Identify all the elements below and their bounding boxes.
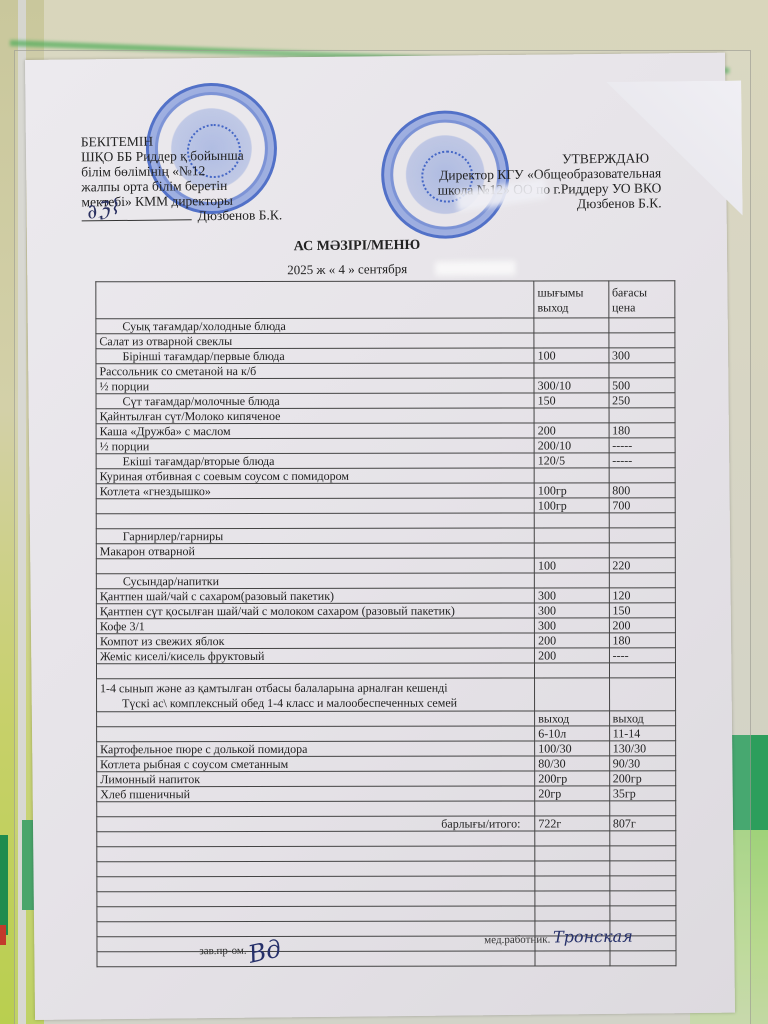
table-row: ½ порции200/10-----: [96, 438, 675, 454]
header-label: шығымы: [537, 285, 583, 299]
section-row: Екіші тағамдар/вторые блюда120/5-----: [96, 453, 675, 469]
redaction-blur: [435, 261, 515, 276]
blank-row: [97, 846, 676, 862]
dish-price: ----: [609, 648, 675, 663]
table-row: Қантпен шай/чай с сахаром(разовый пакети…: [96, 588, 675, 604]
section-heading: Бірінші тағамдар/первые блюда: [96, 348, 534, 364]
dish-price: -----: [609, 438, 675, 453]
dish-output: 200/10: [534, 438, 608, 453]
complex-title-russian: Түскі ас\ комплексный обед 1-4 класс и м…: [100, 696, 531, 712]
empty-cell: [609, 846, 675, 861]
section-row: Бірінші тағамдар/первые блюда100300: [96, 348, 675, 364]
empty-cell: [609, 861, 675, 876]
blank-row: [97, 831, 676, 847]
dish-price: [609, 363, 675, 378]
dish-output: [534, 543, 608, 558]
medic-label: мед.работник.: [484, 934, 550, 947]
age-row: 6-10л11-14: [97, 726, 676, 742]
blank-row: [97, 951, 676, 967]
empty-cell: [97, 906, 535, 922]
empty-cell: [97, 831, 535, 847]
dish-price: 180: [609, 633, 675, 648]
dish-name: Қантпен шай/чай с сахаром(разовый пакети…: [96, 588, 534, 604]
blank-row: [97, 876, 676, 892]
dish-name: [96, 663, 534, 679]
dish-output: [534, 528, 608, 543]
dish-price: [609, 468, 675, 483]
empty-cell: [535, 861, 609, 876]
complex-output-header: выход: [609, 711, 675, 726]
empty-cell: [97, 801, 535, 817]
table-row: 100гр700: [96, 498, 675, 514]
dish-name: Кофе 3/1: [96, 618, 534, 634]
total-label: барлығы/итого:: [97, 816, 535, 832]
complex-lunch-title: 1-4 сынып және аз қамтылған отбасы балал…: [97, 678, 535, 712]
dish-name: [96, 498, 534, 514]
menu-document: БЕКІТЕМІН ШҚО ББ Риддер қ бойынша білім …: [25, 53, 735, 1020]
table-row: Кофе 3/1300200: [96, 618, 675, 634]
complex-output-older: 130/30: [609, 741, 675, 756]
empty-cell: [535, 846, 609, 861]
dish-name: Котлета «гнездышко»: [96, 483, 534, 499]
complex-output-young: 80/30: [535, 756, 609, 771]
dish-output: 150: [534, 393, 608, 408]
dish-price: 220: [609, 558, 675, 573]
age-group: 6-10л: [535, 726, 609, 741]
empty-cell: [97, 846, 535, 862]
table-row: Каша «Дружба» с маслом200180: [96, 423, 675, 439]
table-row: Рассольник со сметаной на к/б: [96, 363, 675, 379]
table-row: 100220: [96, 558, 675, 574]
empty-cell: [97, 876, 535, 892]
dish-price: 250: [609, 393, 675, 408]
dish-price: [609, 528, 675, 543]
total-young: 722г: [535, 816, 609, 831]
dish-name: [96, 558, 534, 574]
section-heading: Екіші тағамдар/вторые блюда: [96, 453, 534, 469]
empty-cell: [97, 711, 535, 727]
empty-cell: [535, 831, 609, 846]
dish-name: ½ порции: [96, 438, 534, 454]
table-header-row: шығымывыход бағасыцена: [96, 281, 675, 319]
blank-row: [97, 906, 676, 922]
table-row: Макарон отварной: [96, 543, 675, 559]
dish-output: 100: [534, 348, 608, 363]
dish-name: Макарон отварной: [96, 543, 534, 559]
dish-output: 300/10: [534, 378, 608, 393]
dish-name: Қайнтылған сүт/Молоко кипяченое: [96, 408, 534, 424]
dish-output: [534, 573, 608, 588]
dish-price: [609, 543, 675, 558]
complex-output-older: 200гр: [609, 771, 675, 786]
dish-output: [534, 408, 608, 423]
table-row: Қайнтылған сүт/Молоко кипяченое: [96, 408, 675, 424]
manager-signature-block: зав.пр-ом.Вд: [199, 937, 281, 966]
empty-cell: [535, 951, 609, 966]
dish-name: Куриная отбивная с соевым соусом с помид…: [96, 468, 534, 484]
complex-dish-name: Лимонный напиток: [97, 771, 535, 787]
total-row: барлығы/итого:722г807г: [97, 816, 676, 832]
menu-table: шығымывыход бағасыцена Суық тағамдар/хол…: [95, 280, 676, 967]
complex-row: Лимонный напиток200гр200гр: [97, 771, 676, 787]
signatory-name: Дюзбенов Б.К.: [198, 207, 283, 223]
medic-signature-block: мед.работник. Тронская: [484, 927, 633, 948]
table-row: [96, 663, 675, 679]
dish-price: [609, 663, 675, 678]
header-label: цена: [612, 300, 636, 314]
header-cell-dish: [96, 281, 534, 319]
dish-price: 120: [609, 588, 675, 603]
dish-output: 100гр: [534, 483, 608, 498]
dish-price: [609, 333, 675, 348]
dish-price: [608, 318, 674, 333]
table-row: Жеміс киселі/кисель фруктовый200----: [96, 648, 675, 664]
table-row: Салат из отварной свеклы: [96, 333, 675, 349]
page-title: АС МӘЗІРІ/МЕНЮ: [27, 235, 687, 258]
empty-cell: [535, 906, 609, 921]
total-older: 807г: [609, 816, 675, 831]
table-row: ½ порции300/10500: [96, 378, 675, 394]
table-row: Компот из свежих яблок200180: [96, 633, 675, 649]
table-row: [96, 513, 675, 529]
empty-cell: [609, 891, 675, 906]
dish-output: 300: [534, 588, 608, 603]
blank-row: [97, 801, 676, 817]
empty-cell: [535, 876, 609, 891]
dish-price: 150: [609, 603, 675, 618]
complex-row: Картофельное пюре с долькой помидора100/…: [97, 741, 676, 757]
table-row: Котлета «гнездышко»100гр800: [96, 483, 675, 499]
dish-name: Каша «Дружба» с маслом: [96, 423, 534, 439]
section-row: Сүт тағамдар/молочные блюда150250: [96, 393, 675, 409]
dish-price: 180: [609, 423, 675, 438]
header-label: бағасы: [612, 285, 647, 299]
dish-output: 200: [535, 633, 609, 648]
blank-row: [97, 861, 676, 877]
dish-price: 500: [609, 378, 675, 393]
dish-output: [534, 333, 608, 348]
header-cell-price: бағасыцена: [608, 281, 674, 318]
empty-cell: [609, 678, 675, 711]
dish-price: [609, 573, 675, 588]
complex-title-row: 1-4 сынып және аз қамтылған отбасы балал…: [97, 678, 676, 712]
signature-icon: Вд: [246, 934, 284, 968]
dish-name: Қантпен сүт қосылған шай/чай с молоком с…: [96, 603, 534, 619]
dish-name: [96, 513, 534, 529]
empty-cell: [535, 891, 609, 906]
header-label: выход: [537, 300, 568, 314]
empty-cell: [97, 891, 535, 907]
dish-name: Компот из свежих яблок: [96, 633, 534, 649]
complex-dish-name: Картофельное пюре с долькой помидора: [97, 741, 535, 757]
header-cell-output: шығымывыход: [534, 281, 609, 318]
complex-output-older: 35гр: [609, 786, 675, 801]
section-heading: Сүт тағамдар/молочные блюда: [96, 393, 534, 409]
manager-label: зав.пр-ом.: [199, 945, 246, 957]
section-heading: Суық тағамдар/холодные блюда: [96, 318, 534, 334]
dish-output: 200: [534, 423, 608, 438]
dish-name: ½ порции: [96, 378, 534, 394]
empty-cell: [610, 951, 676, 966]
empty-cell: [97, 726, 535, 742]
dish-price: 200: [609, 618, 675, 633]
complex-row: Котлета рыбная с соусом сметанным80/3090…: [97, 756, 676, 772]
dish-name: Жеміс киселі/кисель фруктовый: [96, 648, 534, 664]
dish-name: Рассольник со сметаной на к/б: [96, 363, 534, 379]
dish-output: 300: [535, 618, 609, 633]
dish-output: 100гр: [534, 498, 608, 513]
dish-output: [534, 318, 608, 333]
dish-price: [609, 408, 675, 423]
dish-output: [534, 363, 608, 378]
complex-row: Хлеб пшеничный20гр35гр: [97, 786, 676, 802]
empty-cell: [609, 831, 675, 846]
complex-output-young: 100/30: [535, 741, 609, 756]
section-row: Сусындар/напитки: [96, 573, 675, 589]
complex-output-older: 90/30: [609, 756, 675, 771]
dish-output: [535, 663, 609, 678]
dish-name: Салат из отварной свеклы: [96, 333, 534, 349]
section-row: Суық тағамдар/холодные блюда: [96, 318, 675, 334]
age-group: 11-14: [609, 726, 675, 741]
document-date: 2025 ж « 4 » сентября: [27, 258, 667, 281]
wall-paint-red: [0, 925, 6, 945]
dish-price: 700: [609, 498, 675, 513]
dish-output: 200: [535, 648, 609, 663]
empty-cell: [535, 678, 610, 711]
dish-output: 300: [535, 603, 609, 618]
complex-title-kazakh: 1-4 сынып және аз қамтылған отбасы балал…: [100, 681, 448, 696]
medic-signature: Тронская: [553, 927, 633, 947]
dish-output: [534, 513, 608, 528]
complex-output-young: 20гр: [535, 786, 609, 801]
complex-dish-name: Котлета рыбная с соусом сметанным: [97, 756, 535, 772]
complex-output-young: 200гр: [535, 771, 609, 786]
section-heading: Сусындар/напитки: [96, 573, 534, 589]
empty-cell: [97, 921, 535, 937]
empty-cell: [97, 951, 535, 967]
dish-output: [534, 468, 608, 483]
empty-cell: [97, 936, 535, 952]
section-row: Гарнирлер/гарниры: [96, 528, 675, 544]
empty-cell: [610, 906, 676, 921]
dish-price: -----: [609, 453, 675, 468]
dish-output: 120/5: [534, 453, 608, 468]
empty-cell: [609, 801, 675, 816]
complex-dish-name: Хлеб пшеничный: [97, 786, 535, 802]
empty-cell: [535, 801, 609, 816]
empty-cell: [97, 861, 535, 877]
dish-output: 100: [534, 558, 608, 573]
dish-price: 300: [609, 348, 675, 363]
dish-price: [609, 513, 675, 528]
complex-header-row: выходвыход: [97, 711, 676, 727]
table-row: Қантпен сүт қосылған шай/чай с молоком с…: [96, 603, 675, 619]
wall-paint-green: [0, 835, 8, 935]
dish-price: 800: [609, 483, 675, 498]
table-row: Куриная отбивная с соевым соусом с помид…: [96, 468, 675, 484]
section-heading: Гарнирлер/гарниры: [96, 528, 534, 544]
empty-cell: [609, 876, 675, 891]
complex-output-header: выход: [535, 711, 609, 726]
blank-row: [97, 891, 676, 907]
